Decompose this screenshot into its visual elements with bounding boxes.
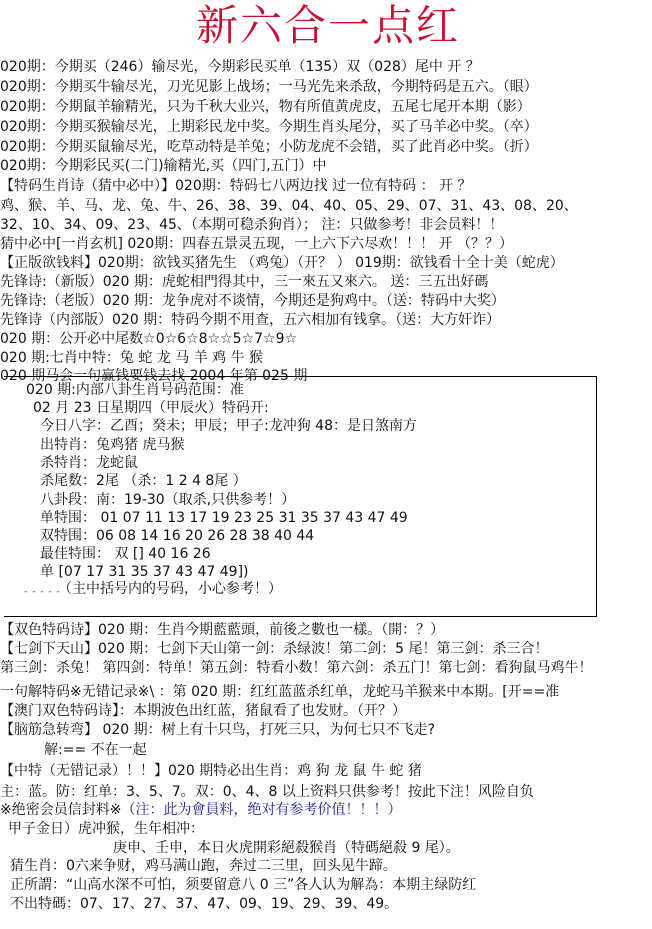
brain-teaser-answer: 解:== 不在一起: [44, 741, 147, 759]
zhongte-line: 【中特（无错记录）！！】020 期特必出生肖：鸡 狗 龙 鼠 牛 蛇 猪: [0, 762, 422, 780]
seven-zodiac-line: 020 期:七肖中特：兔 蛇 龙 马 羊 鸡 牛 猴: [0, 349, 263, 367]
box-line-1: 020 期:内部八卦生肖号码范围：准: [26, 381, 244, 399]
pioneer-internal-line: 先锋诗（内部版）020 期：特码今期不用查，五六相加有钱拿。（送：大方奸诈）: [0, 311, 500, 329]
box-line-2: 02 月 23 日星期四（甲辰火）特码开:: [33, 399, 269, 417]
prediction-line-5: 020期：今期买鼠输尽光，吃草动特是羊兔；小防龙虎不会错，买了此肖必中奖。（折）: [0, 138, 538, 156]
member-suffix: ）: [387, 802, 401, 818]
brain-teaser-line: 【脑筋急转弯】 020 期：树上有十只鸟，打死三只，为何七只不飞走?: [0, 721, 435, 739]
box-line-4: 出特肖：兔鸡猪 虎马猴: [40, 436, 184, 454]
box-leader-dots: - - - - -: [24, 583, 61, 601]
guess-zodiac-line: 猜生肖：0六来争财，鸡马满山跑，奔过二三里，回头见牛蹄。: [10, 857, 397, 875]
box-line-10: 最佳特围： 双 [] 40 16 26: [40, 545, 211, 563]
main-color-line: 主：蓝。防：红单：3、5、7。双：0、4、8 以上资料只供参考！按此下注！风险自…: [0, 783, 534, 801]
one-sentence-line: 一句解特码※无错记录※\ ：第 020 期：红红蓝蓝杀红单，龙蛇马羊猴来中本期。…: [0, 683, 559, 701]
page-title: 新六合一点红: [0, 2, 652, 50]
zodiac-numbers-line-2: 32、10、34、09、23、45、（本期可稳杀狗肖）； 注：只做参考！非会员料…: [0, 216, 503, 234]
prediction-line-1: 020期：今期买（246）输尽光，今期彩民买单（135）双（028）尾中 开 ？: [0, 58, 480, 76]
jiazi-line: 甲子金日）虎冲猴，生年相冲：: [8, 820, 204, 838]
prediction-line-2: 020期：今期买牛输尽光，刀光见影上战场；一马光先来杀敌，今期特码是五六。（眼）: [0, 78, 538, 96]
member-line: ※绝密会员信封料※（注：此为會員料，绝对有参考价值！！！）: [0, 801, 401, 819]
two-color-poem-line: 【双色特码诗】020 期：生肖今期藍藍頭，前後之數也一樣。（開：？）: [0, 621, 444, 639]
tail-numbers-line: 020 期：公开必中尾数☆0☆6☆8☆☆5☆7☆9☆: [0, 330, 297, 348]
pioneer-old-line: 先锋诗:（老版）020 期：龙争虎对不谈情，今期还是狗鸡中。（送：特码中大奖）: [0, 292, 505, 310]
seven-swords-line-1: 【七剑下天山】020 期：七剑下天山第一剑：杀绿波！第二剑：5 尾！第三剑：杀三…: [0, 640, 549, 658]
box-line-3: 今日八字：乙酉；癸未；甲辰；甲子:龙冲狗 48：是日煞南方: [40, 417, 417, 435]
box-line-9: 双特围：06 08 14 16 20 26 28 38 40 44: [40, 527, 314, 545]
pioneer-new-line: 先锋诗:（新版）020 期：虎蛇相門得其中，三一來五又來六。 送：三五出好碼: [0, 273, 488, 291]
not-out-numbers-line: 不出特碼：07、17、27、37、47、09、19、29、39、49。: [10, 895, 398, 913]
member-note: 注：此为會員料，绝对有参考价值！！！: [135, 802, 387, 818]
prediction-line-3: 020期：今期鼠羊输精光，只为千秋大业兴，物有所值黄虎皮，五尾七尾开本期（影）: [0, 98, 531, 116]
money-line: 【正版欲钱料】020期：欲钱买猪先生 （鸡兔）（开？ ） 019期：欲钱看十全十…: [0, 254, 564, 272]
prediction-line-4: 020期：今期买猴输尽光，上期彩民龙中奖。今期生肖头尾分，买了马羊必中奖。（卒）: [0, 118, 538, 136]
riddle-line: 猜中必中[一肖玄机] 020期：四春五景灵五现，一上六下六尽欢！！！ 开 （？？…: [0, 235, 513, 253]
box-line-6: 杀尾数：2尾 （杀：1 2 4 8尾 ）: [40, 472, 247, 490]
member-prefix: ※绝密会员信封料※（: [0, 802, 135, 818]
gengshen-line: 庚申、壬申，本日火虎開彩絕殺猴肖（特碼絕殺 9 尾）。: [113, 839, 460, 857]
box-line-5: 杀特肖：龙蛇鼠: [40, 454, 138, 472]
box-line-8: 单特围： 01 07 11 13 17 19 23 25 31 35 37 43…: [40, 509, 408, 527]
zodiac-poem-header: 【特码生肖诗（猜中必中）】020期：特码七八两边找 过一位有特码 ： 开 ？: [0, 177, 472, 195]
prediction-line-6: 020期：今期彩民买(二门)输精光,买（四门,五门）中: [0, 157, 327, 175]
box-line-7: 八卦段：南：19-30（取杀,只供参考！）: [40, 491, 295, 509]
box-line-12: （主中括号内的号码，小心参考！）: [58, 580, 282, 598]
macau-poem-line: 【澳门双色特码诗】：本期波色出红蓝，猪鼠看了也发财。（开？）: [0, 702, 406, 720]
zodiac-numbers-line-1: 鸡、猴、羊、马、龙、兔、牛、26、38、39、04、40、05、29、07、31…: [0, 197, 578, 215]
seven-swords-line-2: 第三剑：杀兔！ 第四剑：特单！第五剑：特看小数！第六剑：杀五门！第七剑：看狗鼠马…: [0, 659, 592, 677]
saying-line: 正所謂：“山高水深不可怕，须要留意八 0 三”各人认为解為：本期主绿防红: [10, 876, 476, 894]
box-line-11: 单 [07 17 31 35 37 43 47 49]): [40, 563, 249, 581]
